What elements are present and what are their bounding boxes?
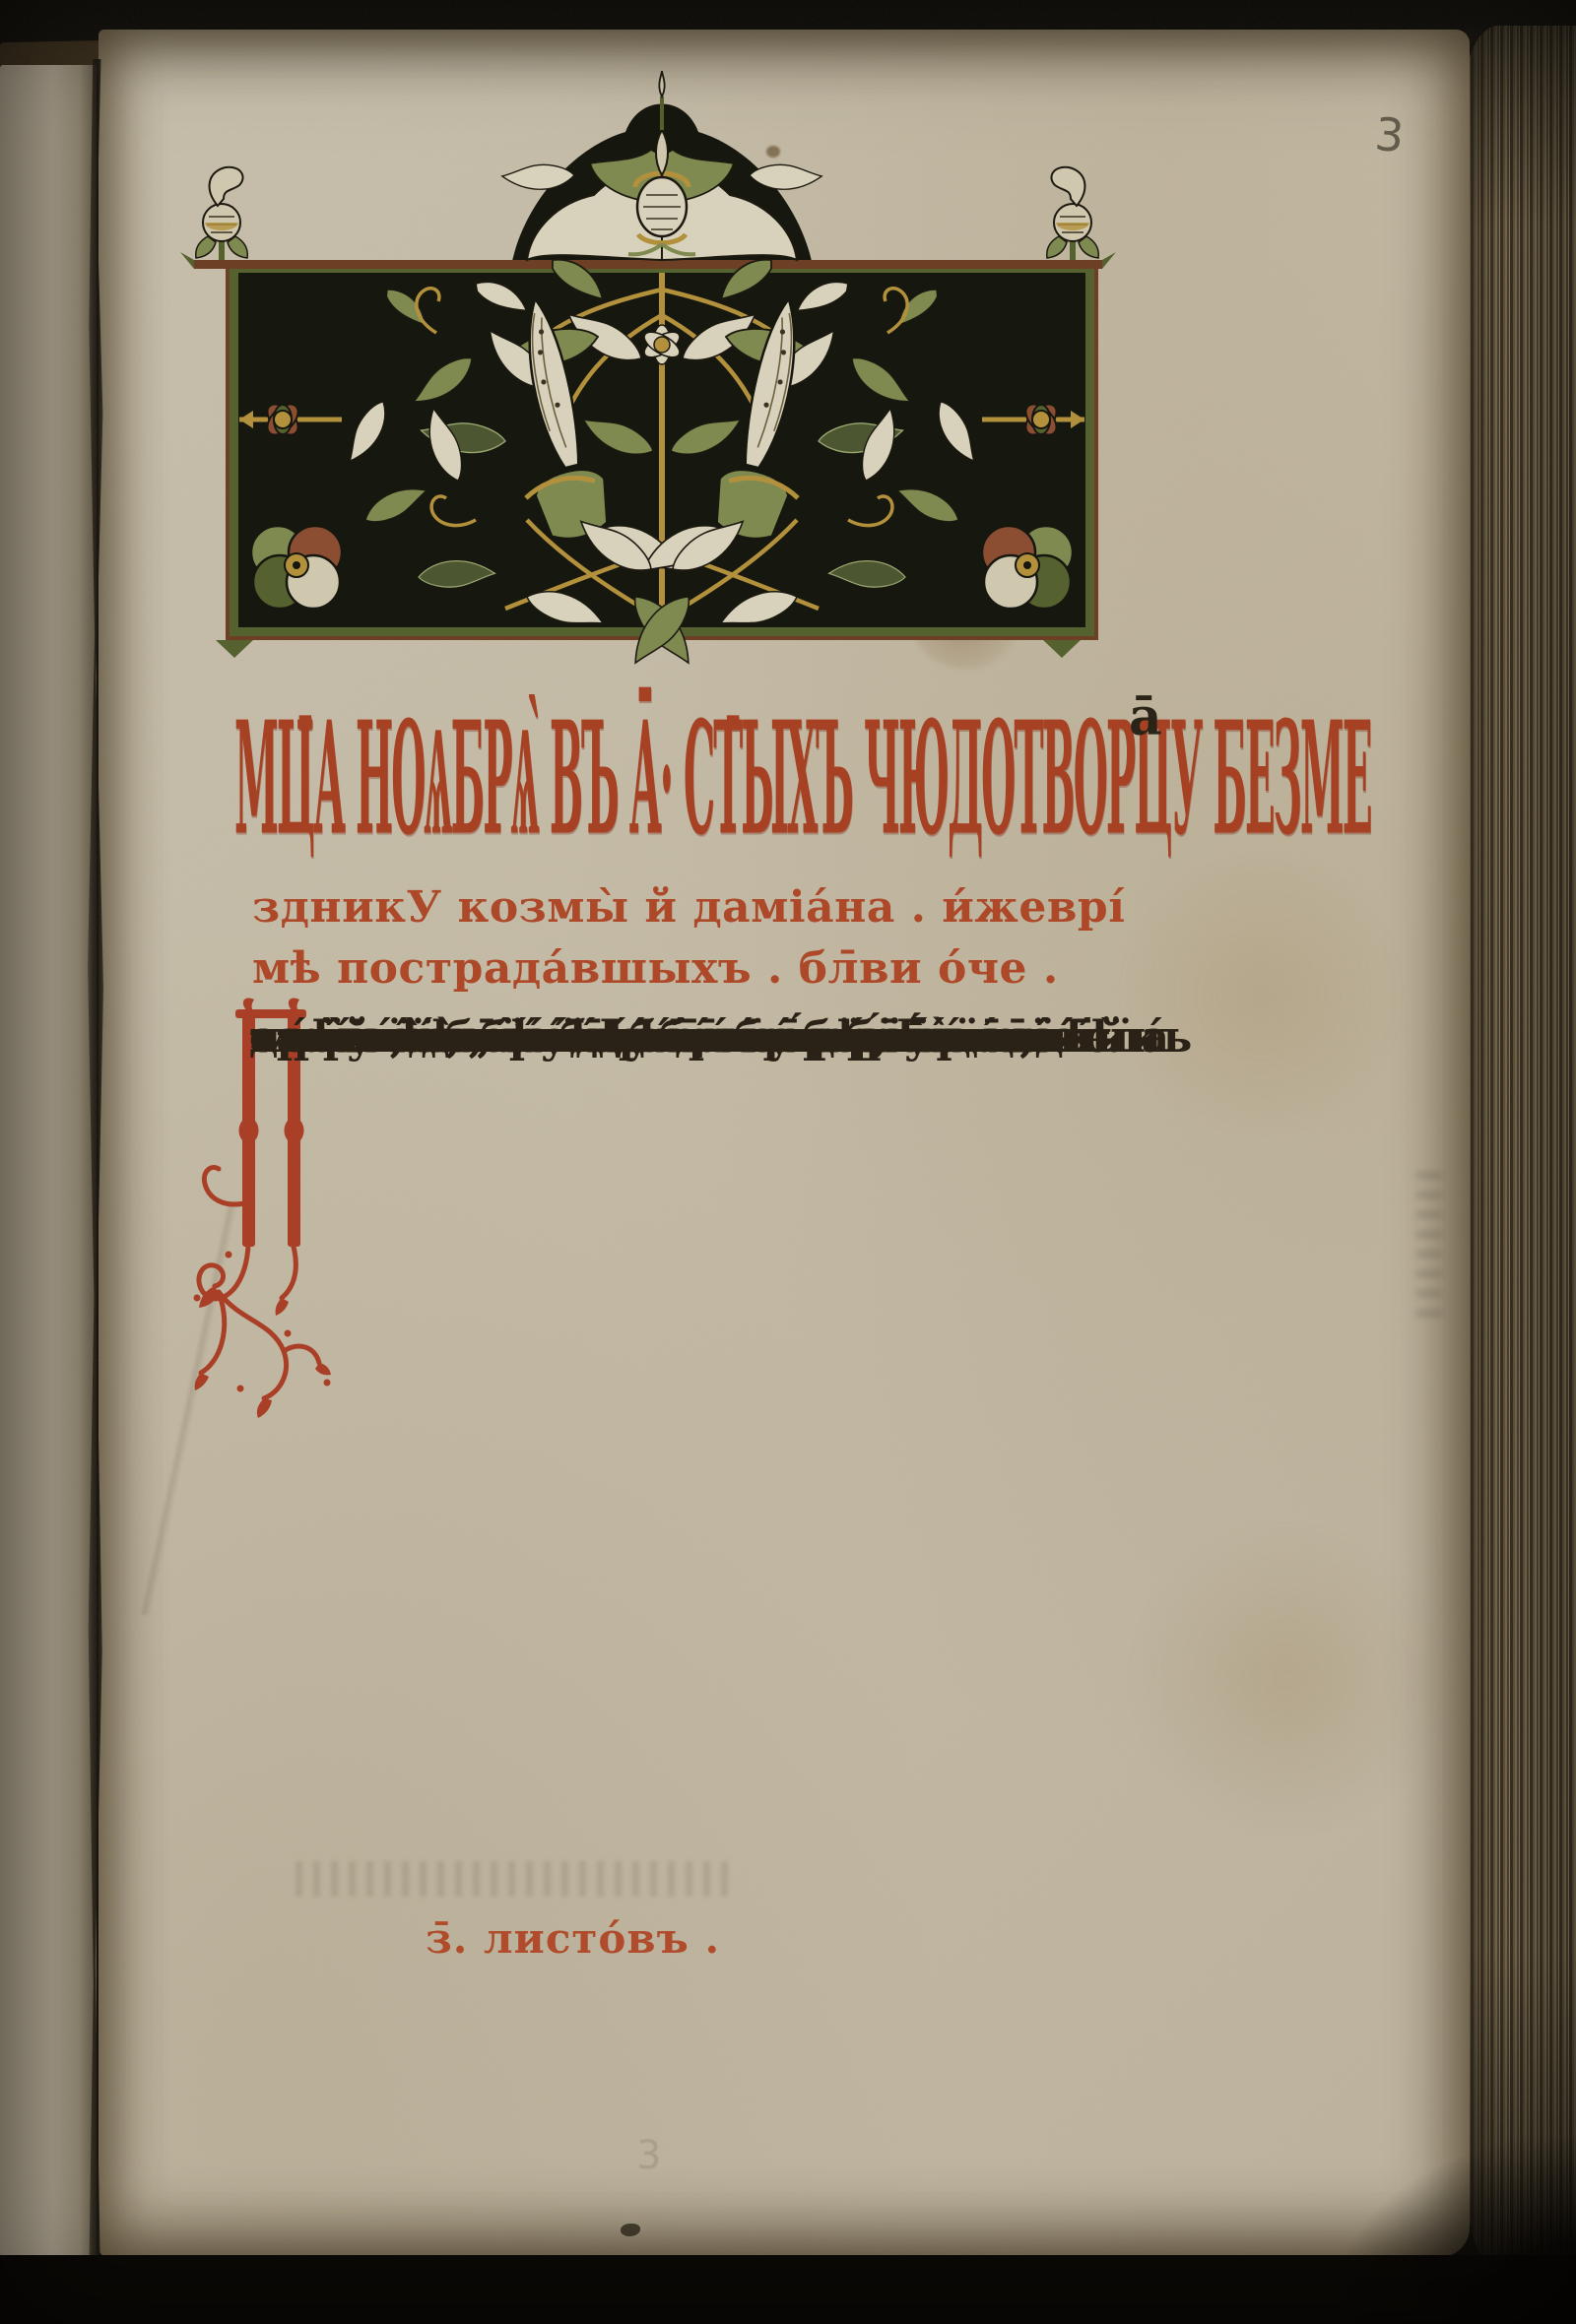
rubric-line: здникУ козмы̀ й даміа́на . и́жеврі́ [252,882,1125,933]
pencil-page-number: 3 [1373,107,1407,162]
rubric-line: мѣ пострада́вшыхъ . бл̄ви о́че . [252,943,1059,994]
photo-background [1330,2137,1576,2324]
folio-mark: а̄ [1129,687,1162,747]
fore-edge-shadow [1466,26,1576,2263]
quire-signature: з̄. листо́въ . [426,1914,720,1963]
previous-leaf-edge [0,65,97,2267]
pencil-mark: 3 [636,2133,661,2178]
body-text: оплотнѣ́мъ бл̄гы х̄а бг̄а посїа́нїи назе… [249,1012,1121,1849]
margin-smudge [1416,1170,1442,1318]
show-through-text [295,1861,729,1897]
text-line: прїйма́стасѧ врачева́ти , прихо́ [249,1012,1055,1070]
headpiece-ornament [180,57,1116,660]
manuscript-photo: 3 МЦ̄А НОѦБРѦ̀ ВЪ А̄· СТ̄ЫХЪ ЧЮДОТВОРЦУ … [0,0,1576,2324]
